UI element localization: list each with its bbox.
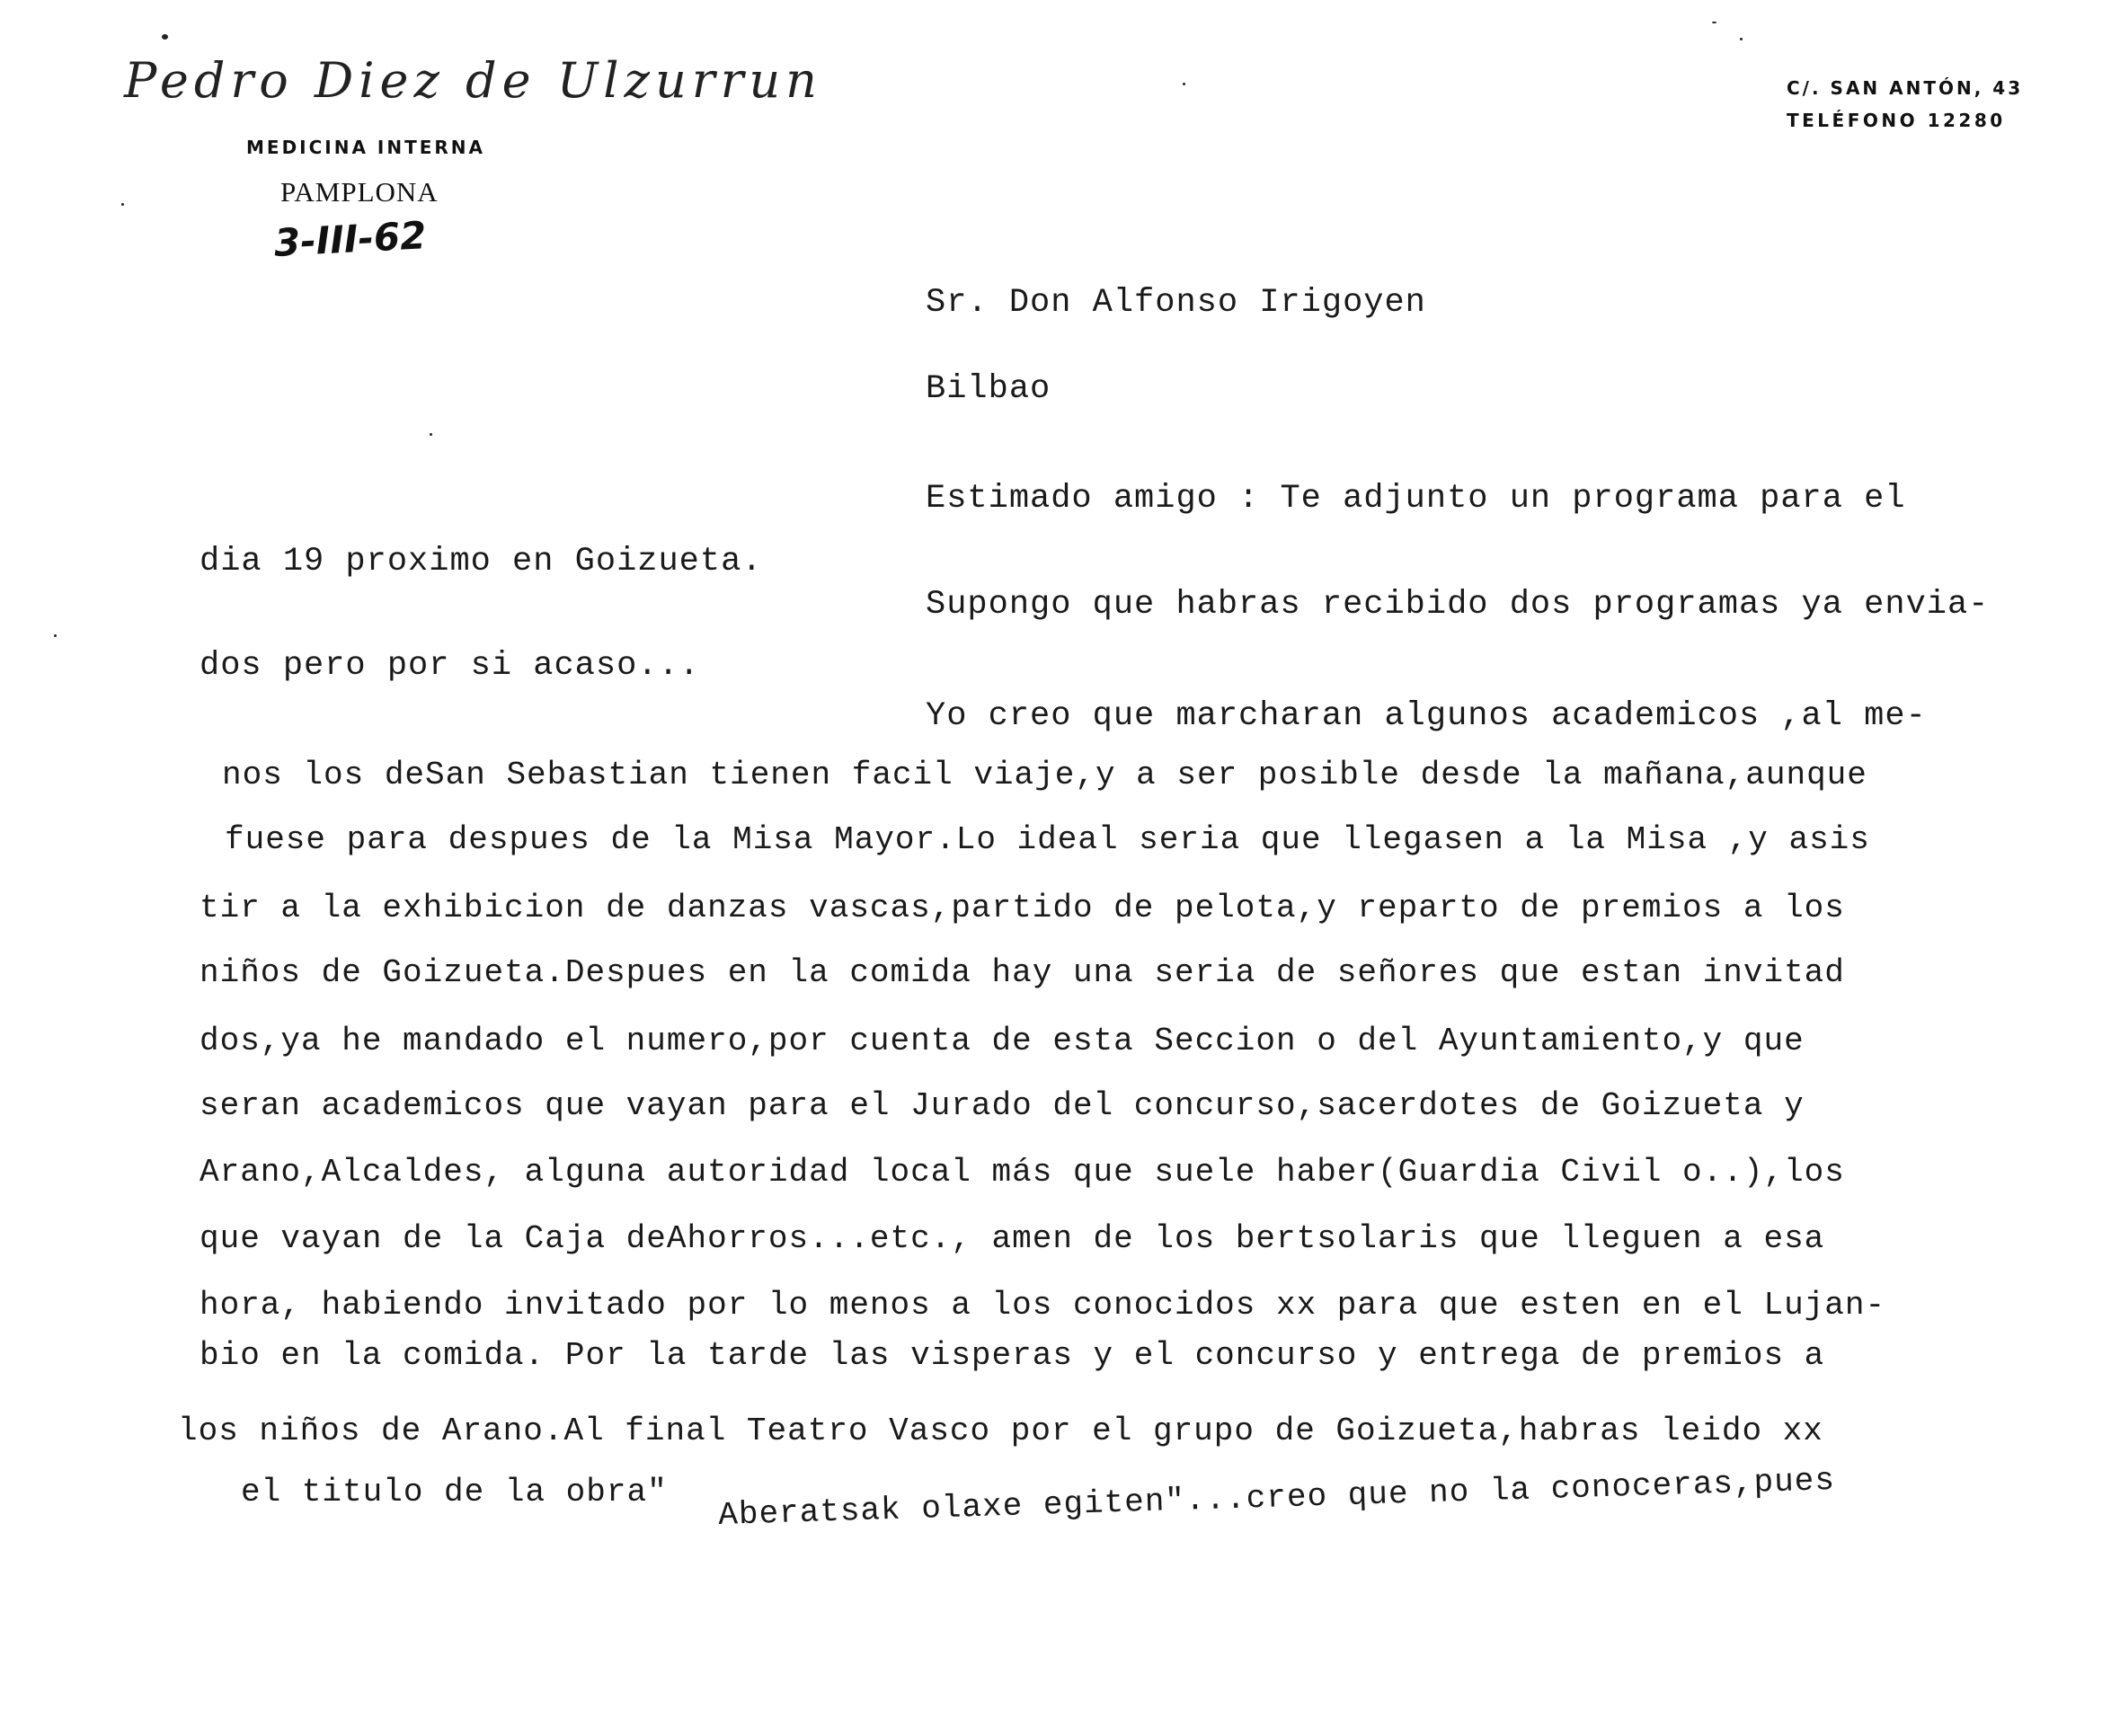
body-line: que vayan de la Caja deAhorros...etc., a… (200, 1220, 1824, 1257)
recipient-city: Bilbao (926, 370, 1051, 408)
letterhead-phone: TELÉFONO 12280 (1787, 110, 2006, 131)
body-line: seran academicos que vayan para el Jurad… (200, 1087, 1805, 1124)
body-line: tir a la exhibicion de danzas vascas,par… (200, 890, 1845, 926)
body-line: Estimado amigo : Te adjunto un programa … (926, 480, 1906, 518)
body-line: bio en la comida. Por la tarde las vispe… (200, 1337, 1824, 1374)
body-line: Arano,Alcaldes, alguna autoridad local m… (200, 1154, 1845, 1191)
letterhead-name: Pedro Diez de Ulzurrun (124, 52, 822, 109)
body-line: dos pero por si acaso... (200, 647, 700, 685)
ink-speck (1183, 83, 1185, 85)
body-line: los niños de Arano.Al final Teatro Vasco… (178, 1413, 1823, 1449)
body-line: niños de Goizueta.Despues en la comida h… (200, 954, 1845, 991)
body-line: fuese para despues de la Misa Mayor.Lo i… (225, 821, 1870, 858)
body-line: el titulo de la obra" (241, 1474, 668, 1510)
handwritten-date: 3-III-62 (273, 213, 428, 265)
body-line: Yo creo que marcharan algunos academicos… (926, 697, 1927, 735)
ink-speck (54, 634, 57, 637)
ink-speck (430, 433, 432, 436)
body-line: nos los deSan Sebastian tienen facil via… (222, 757, 1867, 793)
letterhead-address: C/. SAN ANTÓN, 43 (1787, 77, 2023, 99)
recipient-name: Sr. Don Alfonso Irigoyen (926, 284, 1426, 322)
body-line: dos,ya he mandado el numero,por cuenta d… (200, 1023, 1805, 1059)
body-line: dia 19 proximo en Goizueta. (200, 543, 763, 580)
body-line: hora, habiendo invitado por lo menos a l… (200, 1287, 1885, 1324)
body-line: Supongo que habras recibido dos programa… (926, 586, 1989, 624)
body-line: Aberatsak olaxe egiten"...creo que no la… (718, 1462, 1836, 1534)
ink-speck (121, 203, 124, 206)
ink-speck (162, 34, 168, 40)
letterhead-specialty: MEDICINA INTERNA (246, 137, 485, 158)
letterhead-city: PAMPLONA (280, 176, 439, 208)
ink-speck (1740, 38, 1743, 40)
ink-speck (1712, 22, 1716, 23)
